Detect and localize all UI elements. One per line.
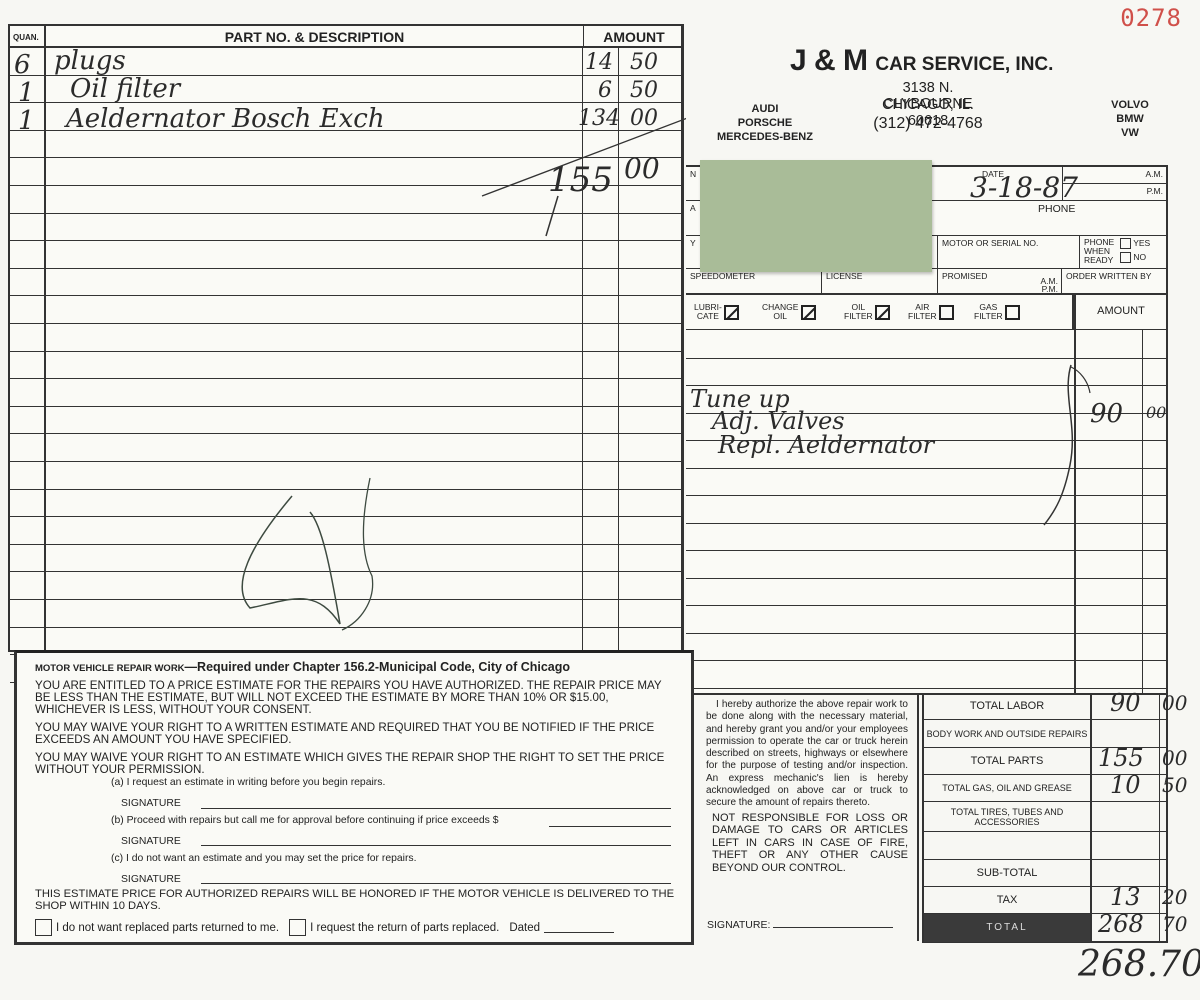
totals-cents: 00 [1162,691,1187,715]
totals-row: TOTAL GAS, OIL AND GREASE1050 [924,775,1166,802]
totals-cents: 00 [1162,746,1187,770]
totals-dollars: 155 [1098,744,1144,772]
company-name-initials: J & M [790,44,868,77]
option-a-signature-label: SIGNATURE [121,798,181,809]
phone-when-ready: PHONE WHEN READY YES NO [1080,236,1168,269]
brand-porsche: PORSCHE [700,116,830,130]
option-a-text: (a) I request an estimate in writing bef… [111,777,385,788]
grand-total-handwritten: 268.70 [1078,944,1200,985]
option-b-signature-label: SIGNATURE [121,836,181,847]
cents-divider [1159,860,1160,886]
price-limit-field[interactable] [549,826,671,827]
notice-title-large: —Required under Chapter 156.2-Municipal … [185,660,570,674]
phone-when-ready-label: PHONE WHEN READY [1084,238,1120,265]
redaction-sticky-note [700,160,932,272]
brand-mercedes: MERCEDES-BENZ [700,130,830,144]
authorization-signature: SIGNATURE: [707,919,893,931]
totals-row: TOTAL LABOR9000 [924,693,1166,720]
pm-field[interactable]: P.M. [1062,184,1168,201]
totals-dollars: 10 [1110,771,1141,799]
totals-label [924,832,1092,859]
speedometer-field[interactable]: SPEEDOMETER [686,269,822,297]
handwritten-strokes [10,26,686,654]
dated-field[interactable] [544,923,614,933]
liability-disclaimer: NOT RESPONSIBLE FOR LOSS OR DAMAGE TO CA… [706,812,908,875]
address-label: A [690,203,696,213]
totals-label: TOTAL [924,914,1092,942]
authorization-box: I hereby authorize the above repair work… [697,693,919,941]
parts-not-returned-checkbox[interactable] [35,919,52,936]
totals-label: TOTAL LABOR [924,693,1092,719]
option-c-signature-label: SIGNATURE [121,874,181,885]
totals-label: BODY WORK AND OUTSIDE REPAIRS [924,720,1092,747]
option-c-text: (c) I do not want an estimate and you ma… [111,853,417,864]
cents-divider [1159,887,1160,913]
option-a-signature-line[interactable] [201,808,671,809]
totals-label: TAX [924,887,1092,913]
totals-dollars: 268 [1098,910,1144,938]
order-written-by-field[interactable]: ORDER WRITTEN BY [1062,269,1168,297]
parts-return-options: I do not want replaced parts returned to… [35,919,614,936]
totals-row: TOTAL26870 [924,914,1166,943]
speedometer-label: SPEEDOMETER [690,271,755,281]
company-name-rest: CAR SERVICE, INC. [875,54,1053,75]
am-label: A.M. [1146,169,1163,179]
option-b-text: (b) Proceed with repairs but call me for… [111,815,499,826]
yes-label: YES [1133,238,1150,248]
yes-checkbox[interactable] [1120,238,1131,249]
honor-text: THIS ESTIMATE PRICE FOR AUTHORIZED REPAI… [35,889,675,912]
brand-audi: AUDI [700,102,830,116]
phone-label: PHONE [1038,203,1075,215]
license-label: LICENSE [826,271,862,281]
authorization-signature-line[interactable] [773,920,893,928]
company-phone: (312) 472-4768 [862,115,994,133]
brand-bmw: BMW [1100,112,1160,126]
totals-cents: 50 [1162,773,1187,797]
promised-label: PROMISED [942,271,987,281]
totals-dollars: 13 [1110,883,1141,911]
cents-divider [1159,802,1160,831]
no-label: NO [1133,252,1146,262]
notice-paragraph-1: YOU ARE ENTITLED TO A PRICE ESTIMATE FOR… [35,680,673,716]
totals-label: SUB-TOTAL [924,860,1092,886]
authorization-signature-label: SIGNATURE: [707,919,770,931]
cents-divider [1159,693,1160,719]
parts-table: QUAN. PART NO. & DESCRIPTION AMOUNT 6 pl… [8,24,684,652]
option-b-signature-line[interactable] [201,845,671,846]
name-label: N [690,169,696,179]
pm-label: P.M. [1147,186,1163,196]
parts-not-returned-label: I do not want replaced parts returned to… [56,922,279,934]
brands-left: AUDI PORSCHE MERCEDES-BENZ [700,102,830,144]
parts-returned-label: I request the return of parts replaced. [310,922,499,934]
brand-volvo: VOLVO [1100,98,1160,112]
notice-title-small: MOTOR VEHICLE REPAIR WORK [35,663,185,674]
cents-divider [1159,775,1160,801]
motor-serial-field[interactable]: MOTOR OR SERIAL NO. [938,236,1080,269]
ticket-number: 0278 [1120,4,1182,32]
totals-row [924,832,1166,860]
totals-cents: 70 [1162,912,1187,936]
cents-divider [1159,832,1160,859]
brands-right: VOLVO BMW VW [1100,98,1160,140]
totals-cents: 20 [1162,885,1187,909]
no-checkbox[interactable] [1120,252,1131,263]
cents-divider [1159,748,1160,774]
order-written-by-label: ORDER WRITTEN BY [1066,271,1151,281]
dated-label: Dated [509,922,540,934]
year-label: Y [690,238,696,248]
totals-label: TOTAL PARTS [924,748,1092,774]
license-field[interactable]: LICENSE [822,269,938,297]
totals-table: TOTAL LABOR9000BODY WORK AND OUTSIDE REP… [922,693,1168,943]
notice-paragraph-3: YOU MAY WAIVE YOUR RIGHT TO AN ESTIMATE … [35,752,673,776]
option-c-signature-line[interactable] [201,883,671,884]
repair-notice: MOTOR VEHICLE REPAIR WORK—Required under… [14,650,694,945]
brand-vw: VW [1100,126,1160,140]
promised-pm: P.M. [1041,285,1058,293]
totals-dollars: 90 [1110,689,1141,717]
parts-returned-checkbox[interactable] [289,919,306,936]
cents-divider [1159,914,1160,942]
notice-paragraph-2: YOU MAY WAIVE YOUR RIGHT TO A WRITTEN ES… [35,722,673,746]
totals-label: TOTAL GAS, OIL AND GREASE [924,775,1092,801]
motor-serial-label: MOTOR OR SERIAL NO. [942,238,1038,248]
am-field[interactable]: A.M. [1062,167,1168,184]
authorization-text: I hereby authorize the above repair work… [706,699,908,810]
cents-divider [1159,720,1160,747]
promised-field[interactable]: PROMISED A.M.P.M. [938,269,1062,297]
labor-bracket-stroke [686,295,1168,695]
labor-section: LUBRI-CATE CHANGEOIL OILFILTER AIRFILTER… [686,295,1168,695]
totals-label: TOTAL TIRES, TUBES AND ACCESSORIES [924,802,1092,831]
company-logo: J & M CAR SERVICE, INC. [790,44,1053,78]
totals-row: TOTAL TIRES, TUBES AND ACCESSORIES [924,802,1166,832]
